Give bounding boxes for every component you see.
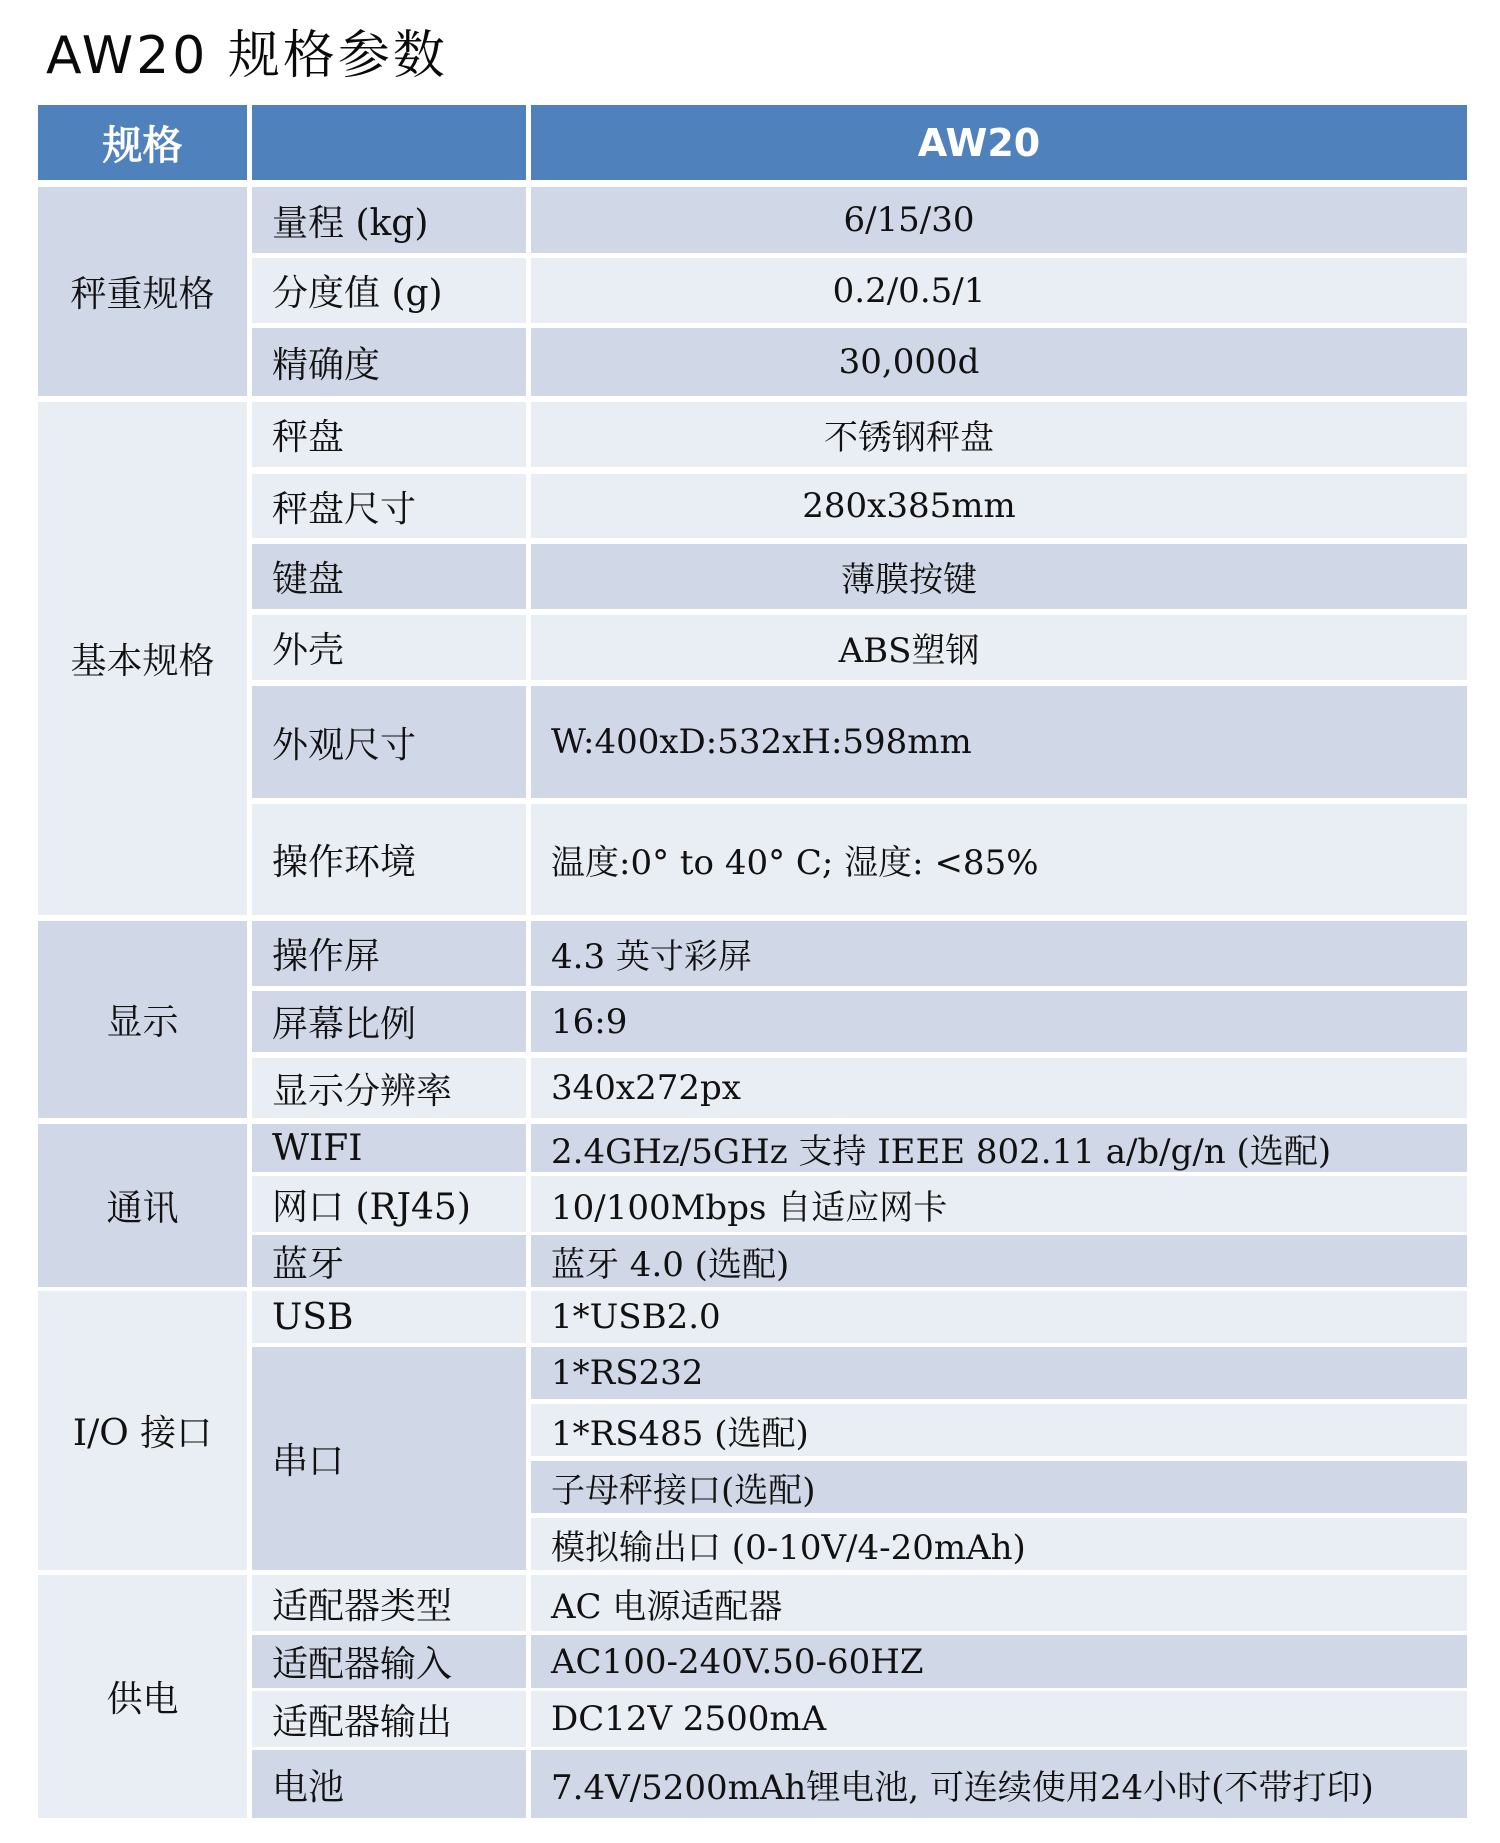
row-label-battery: 电池 [252, 1750, 526, 1818]
value-text: 蓝牙 4.0 (选配) [551, 1237, 789, 1286]
group-weighing: 秤重规格 [38, 187, 247, 396]
row-value-capacity: 6/15/30 [531, 187, 1467, 253]
page-title: AW20 规格参数 [46, 26, 448, 86]
value-text: 30,000d [839, 342, 980, 382]
value-text: 6/15/30 [843, 200, 974, 240]
row-value-screen: 4.3 英寸彩屏 [531, 921, 1467, 986]
row-value-pan-size: 280x385mm [531, 474, 1467, 538]
value-text: 1*USB2.0 [551, 1297, 721, 1337]
label-text: 操作屏 [272, 928, 380, 979]
group-comm-label: 通讯 [106, 1180, 178, 1231]
row-value-dimensions: W:400xD:532xH:598mm [531, 686, 1467, 798]
label-text: 量程 (kg) [272, 195, 428, 246]
row-label-division: 分度值 (g) [252, 258, 526, 323]
row-label-serial: 串口 [252, 1347, 526, 1570]
row-value-ethernet: 10/100Mbps 自适应网卡 [531, 1176, 1467, 1232]
row-label-adapter-input: 适配器输入 [252, 1635, 526, 1688]
header-model: AW20 [531, 105, 1467, 180]
group-power-label: 供电 [106, 1671, 178, 1722]
row-label-resolution: 显示分辨率 [252, 1058, 526, 1118]
row-value-wifi: 2.4GHz/5GHz 支持 IEEE 802.11 a/b/g/n (选配) [531, 1124, 1467, 1172]
group-display-label: 显示 [106, 994, 178, 1045]
row-label-adapter-type: 适配器类型 [252, 1575, 526, 1631]
label-text: 显示分辨率 [272, 1063, 452, 1114]
label-text: 网口 (RJ45) [272, 1179, 471, 1230]
row-value-rs232: 1*RS232 [531, 1347, 1467, 1399]
header-spec: 规格 [38, 105, 247, 180]
value-text: 4.3 英寸彩屏 [551, 929, 752, 978]
value-text: 340x272px [551, 1068, 741, 1108]
value-text: AC 电源适配器 [551, 1579, 782, 1628]
label-text: 分度值 (g) [272, 265, 443, 316]
row-label-dimensions: 外观尺寸 [252, 686, 526, 798]
row-value-aspect: 16:9 [531, 991, 1467, 1052]
row-label-pan: 秤盘 [252, 402, 526, 467]
label-text: 秤盘尺寸 [272, 481, 416, 532]
label-text: 适配器输入 [272, 1636, 452, 1687]
row-value-pan: 不锈钢秤盘 [531, 402, 1467, 467]
row-value-adapter-input: AC100-240V.50-60HZ [531, 1635, 1467, 1688]
group-basic-label: 基本规格 [70, 633, 214, 684]
row-value-analog-out: 模拟输出口 (0-10V/4-20mAh) [531, 1518, 1467, 1570]
value-text: 280x385mm [802, 486, 1015, 526]
value-text: 1*RS485 (选配) [551, 1406, 809, 1455]
label-text: 精确度 [272, 337, 380, 388]
row-label-screen: 操作屏 [252, 921, 526, 986]
row-value-resolution: 340x272px [531, 1058, 1467, 1118]
row-label-housing: 外壳 [252, 615, 526, 680]
value-text: ABS塑钢 [839, 623, 980, 672]
value-text: 1*RS232 [551, 1353, 703, 1393]
header-item [252, 105, 526, 180]
label-text: 外壳 [272, 622, 344, 673]
row-label-bluetooth: 蓝牙 [252, 1235, 526, 1287]
row-label-aspect: 屏幕比例 [252, 991, 526, 1052]
group-weighing-label: 秤重规格 [70, 266, 214, 317]
row-value-bluetooth: 蓝牙 4.0 (选配) [531, 1235, 1467, 1287]
value-text: 16:9 [551, 1002, 627, 1042]
row-value-adapter-type: AC 电源适配器 [531, 1575, 1467, 1631]
row-label-wifi: WIFI [252, 1124, 526, 1172]
row-value-environment: 温度:0° to 40° C; 湿度: <85% [531, 804, 1467, 915]
row-label-adapter-output: 适配器输出 [252, 1691, 526, 1747]
label-text: 秤盘 [272, 409, 344, 460]
row-value-housing: ABS塑钢 [531, 615, 1467, 680]
value-text: W:400xD:532xH:598mm [551, 722, 972, 762]
value-text: DC12V 2500mA [551, 1699, 826, 1739]
group-power: 供电 [38, 1575, 247, 1818]
group-comm: 通讯 [38, 1124, 247, 1287]
group-io: I/O 接口 [38, 1291, 247, 1570]
group-display: 显示 [38, 921, 247, 1118]
label-text: 键盘 [272, 551, 344, 602]
value-text: 2.4GHz/5GHz 支持 IEEE 802.11 a/b/g/n (选配) [551, 1124, 1331, 1172]
group-io-label: I/O 接口 [73, 1405, 212, 1456]
row-label-accuracy: 精确度 [252, 328, 526, 396]
row-value-keypad: 薄膜按键 [531, 544, 1467, 609]
value-text: 温度:0° to 40° C; 湿度: <85% [551, 835, 1039, 884]
row-label-capacity: 量程 (kg) [252, 187, 526, 253]
header-spec-label: 规格 [103, 114, 183, 171]
label-text: 屏幕比例 [272, 996, 416, 1047]
row-label-keypad: 键盘 [252, 544, 526, 609]
group-basic: 基本规格 [38, 402, 247, 915]
value-text: 7.4V/5200mAh锂电池, 可连续使用24小时(不带打印) [551, 1760, 1374, 1809]
label-text: 电池 [272, 1759, 344, 1810]
value-text: 10/100Mbps 自适应网卡 [551, 1180, 947, 1229]
label-text: 操作环境 [272, 834, 416, 885]
value-text: 0.2/0.5/1 [833, 271, 986, 311]
row-label-usb: USB [252, 1291, 526, 1343]
row-value-rs485: 1*RS485 (选配) [531, 1404, 1467, 1456]
value-text: 不锈钢秤盘 [824, 410, 994, 459]
row-label-pan-size: 秤盘尺寸 [252, 474, 526, 538]
label-text: 蓝牙 [272, 1236, 344, 1287]
row-label-environment: 操作环境 [252, 804, 526, 915]
value-text: 子母秤接口(选配) [551, 1463, 816, 1512]
header-model-label: AW20 [918, 121, 1041, 165]
value-text: AC100-240V.50-60HZ [551, 1642, 924, 1682]
label-text: 外观尺寸 [272, 717, 416, 768]
row-label-ethernet: 网口 (RJ45) [252, 1176, 526, 1232]
value-text: 薄膜按键 [841, 552, 977, 601]
value-text: 模拟输出口 (0-10V/4-20mAh) [551, 1520, 1026, 1569]
row-value-battery: 7.4V/5200mAh锂电池, 可连续使用24小时(不带打印) [531, 1750, 1467, 1818]
row-value-division: 0.2/0.5/1 [531, 258, 1467, 323]
label-text: WIFI [272, 1128, 362, 1169]
row-value-sub-scale: 子母秤接口(选配) [531, 1461, 1467, 1513]
label-text: 串口 [272, 1433, 344, 1484]
label-text: USB [272, 1297, 353, 1338]
row-value-adapter-output: DC12V 2500mA [531, 1691, 1467, 1747]
label-text: 适配器输出 [272, 1694, 452, 1745]
row-value-usb: 1*USB2.0 [531, 1291, 1467, 1343]
label-text: 适配器类型 [272, 1578, 452, 1629]
row-value-accuracy: 30,000d [531, 328, 1467, 396]
